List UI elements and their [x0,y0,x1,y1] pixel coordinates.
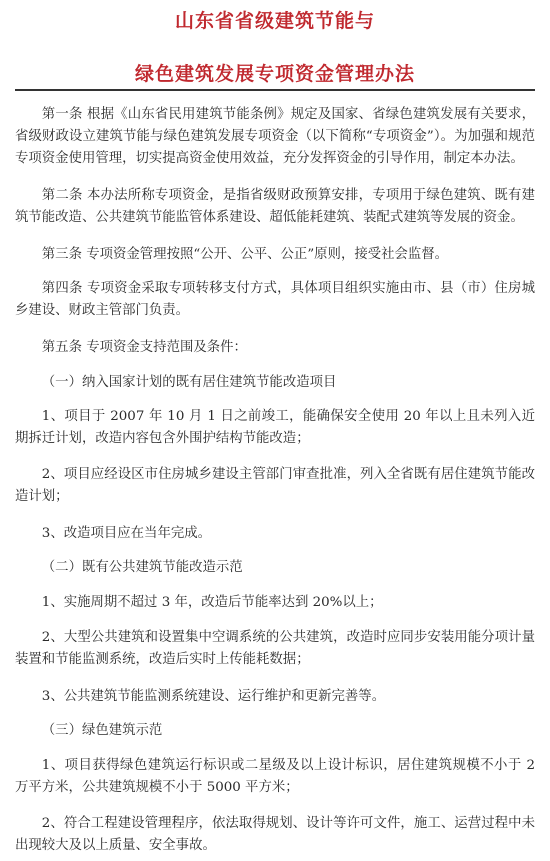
section-3-item-1: 1、项目获得绿色建筑运行标识或二星级及以上设计标识，居住建筑规模不小于 2 万平… [15,755,535,799]
section-2-item-2: 2、大型公共建筑和设置集中空调系统的公共建筑，改造时应同步安装用能分项计量装置和… [15,627,535,671]
section-3-item-2: 2、符合工程建设管理程序，依法取得规划、设计等许可文件，施工、运营过程中未出现较… [15,813,535,857]
section-2-item-1: 1、实施周期不超过 3 年，改造后节能率达到 20%以上； [15,592,535,614]
section-1-item-3: 3、改造项目应在当年完成。 [15,523,535,545]
article-3: 第三条 专项资金管理按照“公开、公平、公正”原则，接受社会监督。 [15,244,535,266]
article-5: 第五条 专项资金支持范围及条件： [15,337,535,359]
article-2: 第二条 本办法所称专项资金，是指省级财政预算安排，专项用于绿色建筑、既有建筑节能… [15,185,535,229]
title-divider [15,89,535,91]
document-title-line-1: 山东省省级建筑节能与 [0,6,550,33]
document-title-line-2: 绿色建筑发展专项资金管理办法 [0,59,550,86]
section-2-heading: （二）既有公共建筑节能改造示范 [15,557,535,579]
section-1-heading: （一）纳入国家计划的既有居住建筑节能改造项目 [15,372,535,394]
article-4: 第四条 专项资金采取专项转移支付方式，具体项目组织实施由市、县（市）住房城乡建设… [15,278,535,322]
section-1-item-1: 1、项目于 2007 年 10 月 1 日之前竣工，能确保安全使用 20 年以上… [15,406,535,450]
section-3-heading: （三）绿色建筑示范 [15,720,535,742]
article-1: 第一条 根据《山东省民用建筑节能条例》规定及国家、省绿色建筑发展有关要求，省级财… [15,104,535,170]
section-1-item-2: 2、项目应经设区市住房城乡建设主管部门审查批准，列入全省既有居住建筑节能改造计划… [15,464,535,508]
section-2-item-3: 3、公共建筑节能监测系统建设、运行维护和更新完善等。 [15,686,535,708]
